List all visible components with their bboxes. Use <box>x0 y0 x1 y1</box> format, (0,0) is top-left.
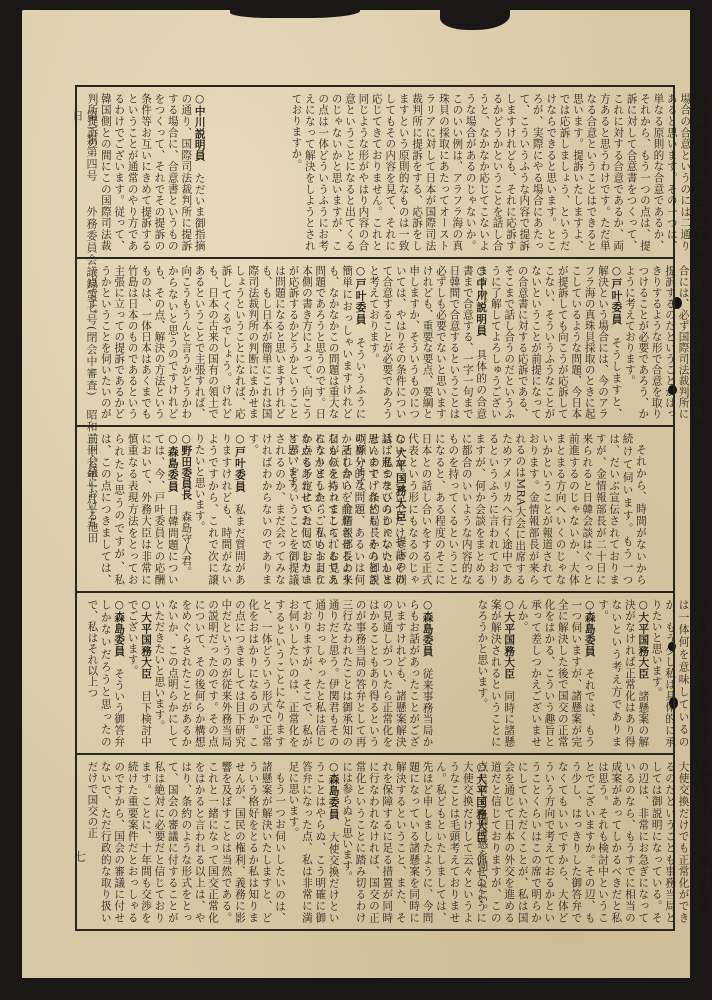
speech-text: 仰せのように大使交換だけして云々というようなことは毛頭考えておりません。私どもと… <box>341 761 487 923</box>
speech-text: ただいま御指摘の通り、国際司法裁判所に提訴する場合に、合意書というものをつくって… <box>86 93 205 251</box>
tier-2-column-left: ○中川説明員 具体的の合意書まで合意する、一字一句まで日韓間で合意するということ… <box>85 265 471 419</box>
speech: ○森島委員 そういう御答弁しかないだろうと思ったので、私はそれ以上つ <box>85 599 125 747</box>
speaker-label: ○戸叶委員 <box>610 265 622 325</box>
speech: ○大平国務大臣 仰せのように大使交換だけして云々というようなことは毛頭考えており… <box>340 761 487 923</box>
tier-1-column-right: おります。 竹島問題につきましては、国際司法裁判所に提訴して、それに応訴する、そ… <box>289 93 665 251</box>
paragraph: 問題について合意するという場合には、必ず国際司法裁判所に提訴するのだということが… <box>622 265 702 419</box>
speaker-label: ○大平国務大臣 <box>503 599 515 680</box>
speech: ○戸叶委員 私まだ質問がありますけれども、時間がないようですから、これで次に譲り… <box>192 433 246 585</box>
speech-text: 従来事務当局からもお話があったことがございますけれども、諸懸案解決の見通しがつい… <box>153 599 433 747</box>
speaker-label: ○中川説明員 <box>475 265 487 337</box>
paragraph: それから、金情報部長の来日が伝えられまして、お見えになりましたら、私もお目にかか… <box>246 433 353 585</box>
speaker-label: ○大平国務大臣 <box>140 599 152 680</box>
text-frame: おります。 竹島問題につきましては、国際司法裁判所に提訴して、それに応訴する、そ… <box>75 85 675 931</box>
speech-text: 日韓問題については、今、戸叶委員との応酬において、外務大臣は非常に慎重なる表現方… <box>86 433 178 585</box>
tier-1: おります。 竹島問題につきましては、国際司法裁判所に提訴して、それに応訴する、そ… <box>77 87 673 259</box>
speech: ○戸叶委員 そうしますと、解決という場合には、今のアラフラ海の真珠貝採取のときに… <box>475 265 622 419</box>
tier-2: 問題について合意するという場合には、必ず国際司法裁判所に提訴するのだということが… <box>77 259 673 427</box>
paragraph: か、あるいは条約の締結とか、はなはだしいのになりますと、大使交換だけでも正常化が… <box>475 761 712 923</box>
speaker-label: ○大平国務大臣 <box>637 599 649 680</box>
speech: ○戸叶委員 そういうふうに簡単におっしゃいますけれども、なかなかこの問題は重大な… <box>85 265 367 419</box>
speaker-label: ○大平国務大臣 <box>395 433 407 523</box>
paragraph: 総理大臣の所信表明演説を承りますと、日韓問題についてはきわめて上手な言い回し方を… <box>649 599 712 747</box>
speaker-label: ○戸叶委員 <box>355 265 367 325</box>
speech: ○中川説明員 具体的の合意書まで合意する、一字一句まで日韓間で合意するということ… <box>367 265 488 419</box>
paragraph: 竹島問題につきましては、国際司法裁判所に提訴して、それに応訴する、そうなれば半年… <box>289 93 712 251</box>
speech: ○森島委員 日韓問題については、今、戸叶委員との応酬において、外務大臣は非常に慎… <box>85 433 179 585</box>
speaker-label: ○森島委員 <box>422 599 434 657</box>
speech: ○大平国務大臣 同時に諸懸案が解決されるということになろうかと思います。 <box>475 599 515 747</box>
speech: ○森島委員 従来事務当局からもお話があったことがございますけれども、諸懸案解決の… <box>152 599 434 747</box>
speech-text: そういうふうに簡単におっしゃいますけれども、なかなかこの問題は重大な問題であろう… <box>86 265 366 419</box>
speaker-label: ○森島委員 <box>328 761 340 820</box>
speech-text: 森島守人君。 <box>180 511 192 577</box>
paragraph: もう一つお伺いしたいのは、諸懸案が解決いたしますと、どういう格好をとるか私は知り… <box>85 761 286 923</box>
tier-5: か、あるいは条約の締結とか、はなはだしいのになりますと、大使交換だけでも正常化が… <box>77 755 673 929</box>
speech: ○大平国務大臣 諸懸案の解決がなければ正常化はあり得ないという考え方であります。 <box>596 599 650 747</box>
speaker-label: ○野田委員長 <box>180 433 192 500</box>
tier-4-column-right: 総理大臣の所信表明演説を承りますと、日韓問題についてはきわめて上手な言い回し方を… <box>475 599 665 747</box>
page-edge <box>0 978 712 1000</box>
tier-4-column-left: ○森島委員 従来事務当局からもお話があったことがございますけれども、諸懸案解決の… <box>85 599 471 747</box>
tier-3: それから、時間がないから続けて伺います。もう一つは、だいぶ宣伝されておりますが、… <box>77 427 673 593</box>
speaker-label: ○中川説明員 <box>194 93 206 162</box>
torn-edge <box>440 0 510 30</box>
speaker-label: ○戸叶委員 <box>234 433 246 493</box>
torn-edge <box>230 0 360 18</box>
speech: ○森島委員 それでは、もう一つ伺いますが、諸懸案が完全に解決した後で国交の正常化… <box>515 599 595 747</box>
speech: ○野田委員長 森島守人君。 <box>179 433 192 585</box>
speech: ○大平国務大臣 提訴の問は、私つまびらかにいたしませんので、条約局長から御説明願… <box>353 433 407 585</box>
tier-5-column-left: ○大平国務大臣 仰せのように大使交換だけして云々というようなことは毛頭考えており… <box>85 761 471 923</box>
speaker-label: ○森島委員 <box>584 599 596 657</box>
tier-3-column-left: ○大平国務大臣 提訴の問は、私つまびらかにいたしませんので、条約局長から御説明願… <box>85 433 281 585</box>
speech: ○中川説明員 ただいま御指摘の通り、国際司法裁判所に提訴する場合に、合意書という… <box>85 93 206 251</box>
speaker-label: ○森島委員 <box>167 433 179 493</box>
speaker-label: ○大平国務大臣 <box>475 761 487 843</box>
speech: ○大平国務大臣 目下検討中でございます。 <box>125 599 152 747</box>
speech-text: そうしますと、解決という場合には、今のアラフラ海の真珠貝採取のときに起こしている… <box>476 265 622 419</box>
speech-text: 具体的の合意書まで合意する、一字一句まで日韓間で合意するということは必ずしも必要… <box>368 265 487 419</box>
speech: ○森島委員 大使交換だけということはやらぬ、こう明確に御答弁になった点、私は非常… <box>286 761 340 923</box>
tier-5-column-right: か、あるいは条約の締結とか、はなはだしいのになりますと、大使交換だけでも正常化が… <box>475 761 665 923</box>
tier-4: 総理大臣の所信表明演説を承りますと、日韓問題についてはきわめて上手な言い回し方を… <box>77 593 673 755</box>
tier-1-column-left: ○中川説明員 ただいま御指摘の通り、国際司法裁判所に提訴する場合に、合意書という… <box>85 93 281 251</box>
speaker-label: ○森島委員 <box>113 599 125 657</box>
tier-2-column-right: 問題について合意するという場合には、必ず国際司法裁判所に提訴するのだということが… <box>475 265 665 419</box>
